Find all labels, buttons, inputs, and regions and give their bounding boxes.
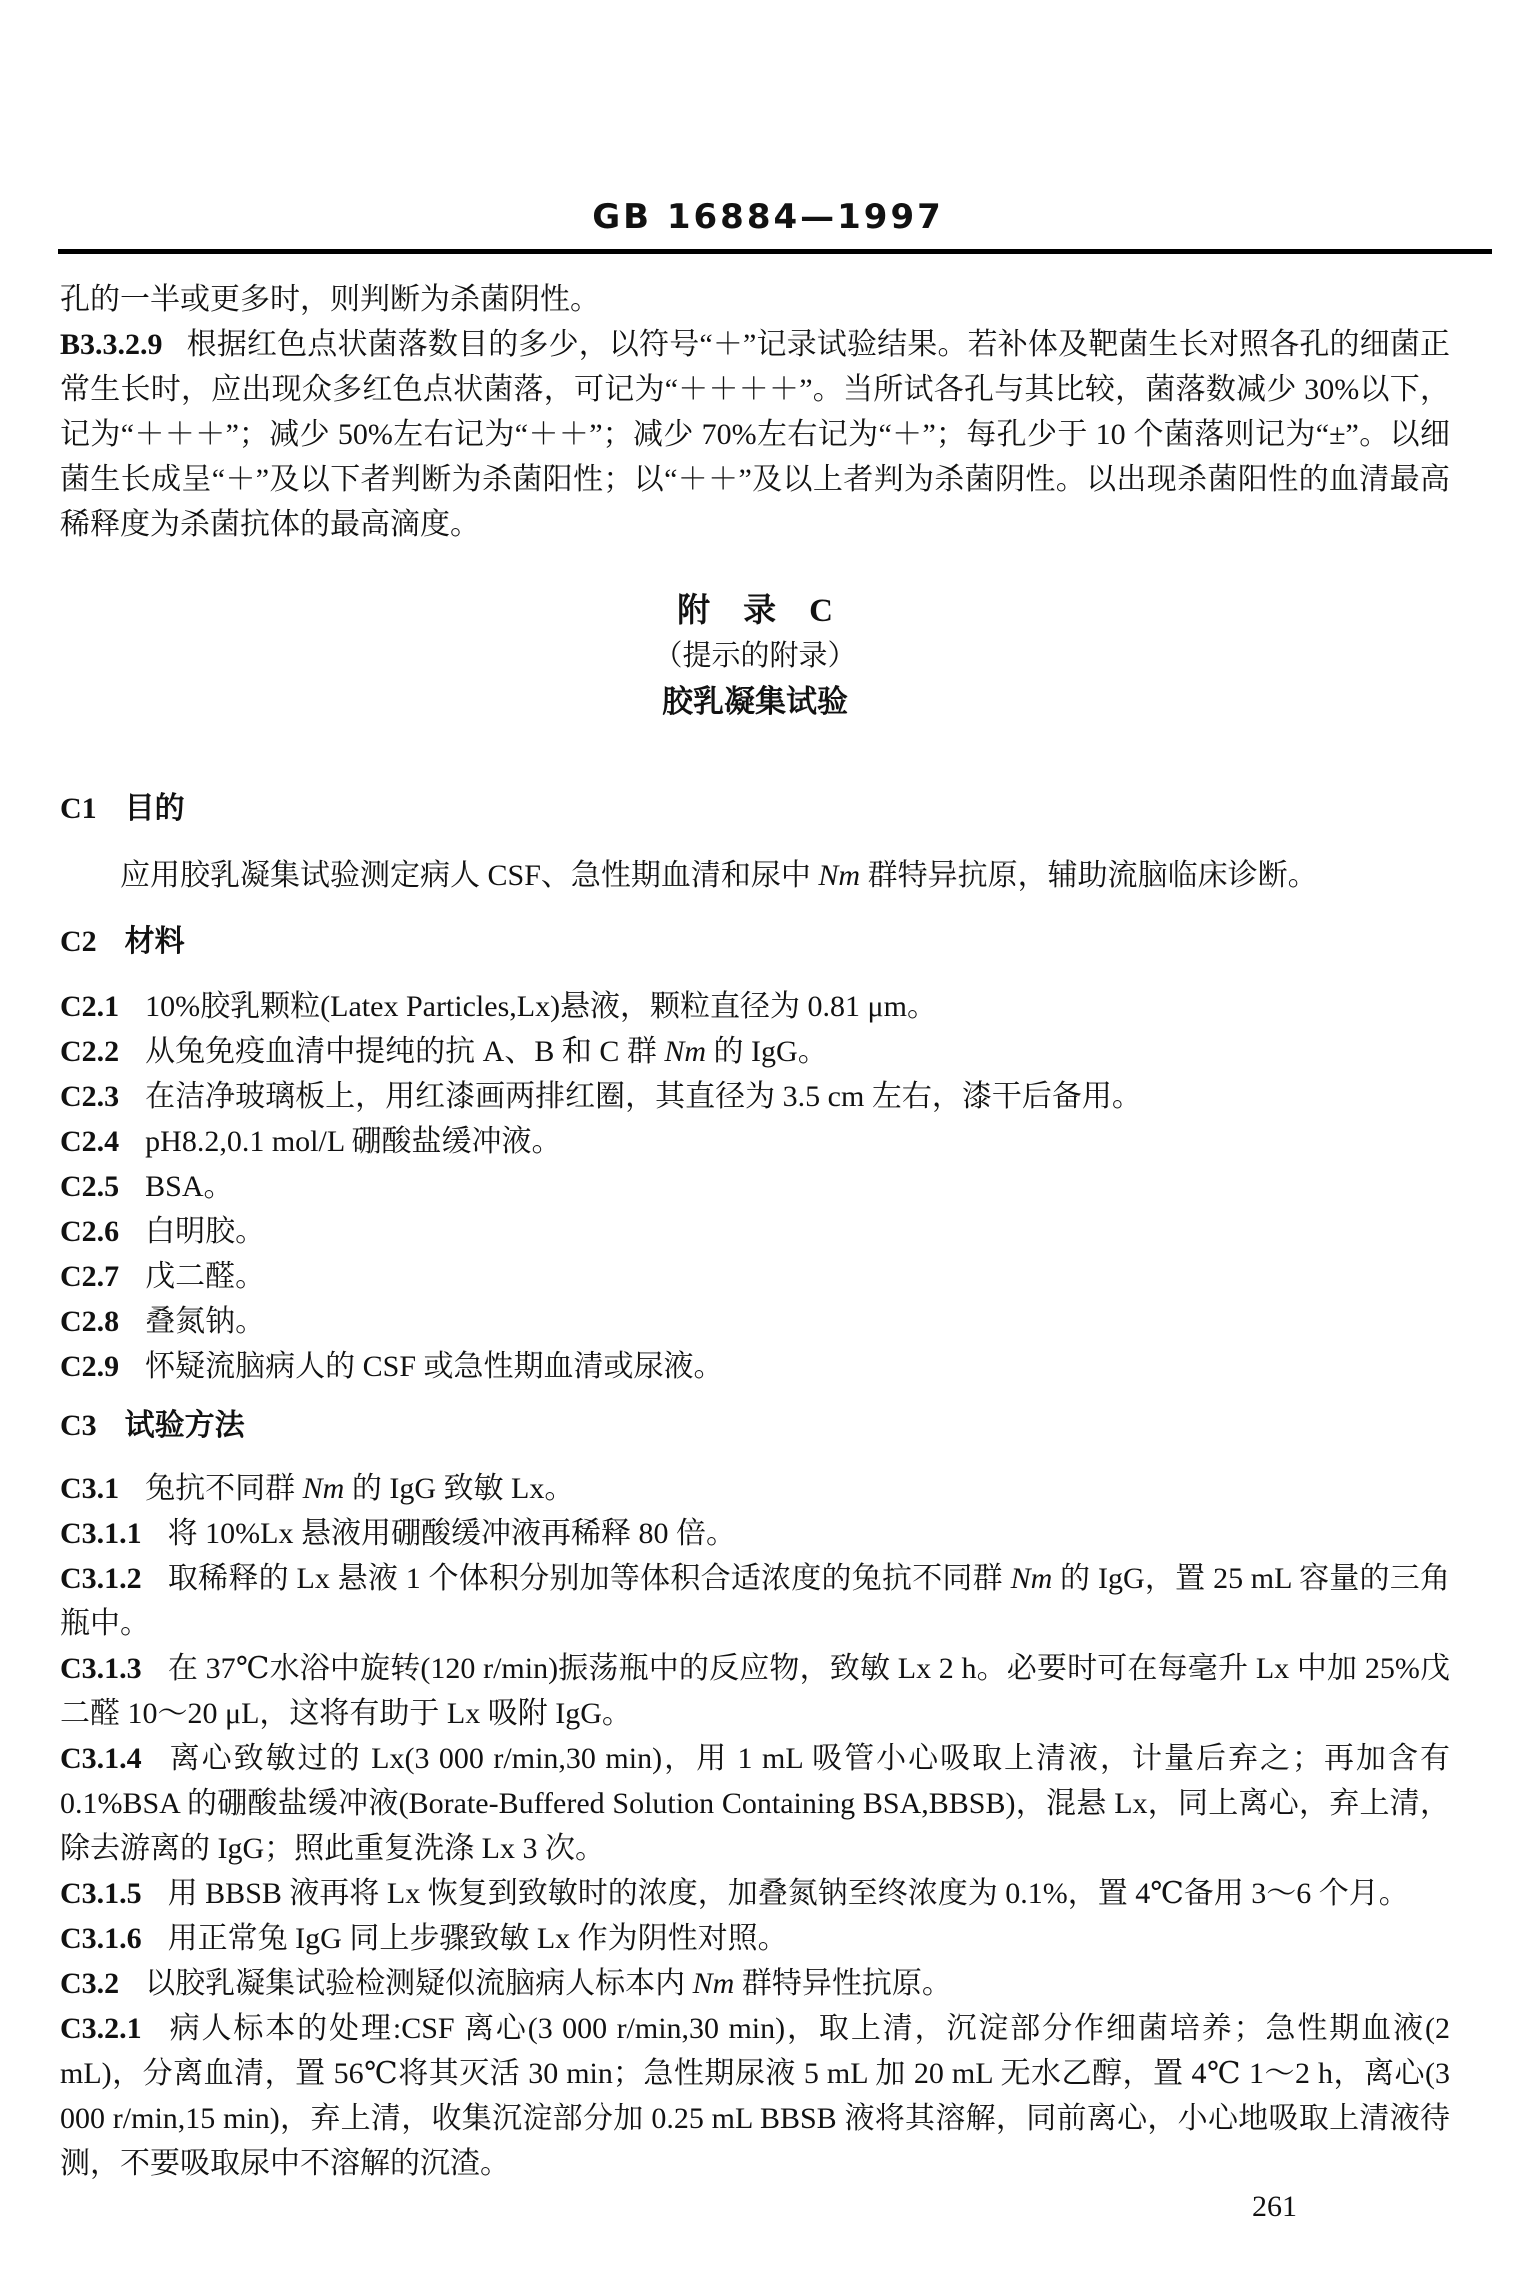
item-text: 叠氮钠。 [145, 1305, 265, 1338]
header-rule [58, 249, 1492, 254]
c2-item-list: C2.110%胶乳颗粒(Latex Particles,Lx)悬液，颗粒直径为 … [60, 984, 1450, 1389]
clause-label: B3.3.2.9 [60, 328, 163, 361]
c3-item: C3.1兔抗不同群 Nm 的 IgG 致敏 Lx。 [60, 1466, 1450, 1511]
item-label: C3.1.6 [60, 1922, 142, 1955]
c3-item: C3.2以胶乳凝集试验检测疑似流脑病人标本内 Nm 群特异性抗原。 [60, 1961, 1450, 2006]
item-text: 用正常兔 IgG 同上步骤致敏 Lx 作为阴性对照。 [168, 1922, 788, 1955]
item-text: 病人标本的处理:CSF 离心(3 000 r/min,30 min)，取上清，沉… [60, 2012, 1450, 2180]
item-text: 戊二醛。 [145, 1260, 265, 1293]
item-text: 从兔免疫血清中提纯的抗 A、B 和 C 群 Nm 的 IgG。 [145, 1035, 828, 1068]
item-label: C2.9 [60, 1350, 119, 1383]
clause-text: 根据红色点状菌落数目的多少，以符号“＋”记录试验结果。若补体及靶菌生长对照各孔的… [60, 328, 1450, 541]
item-label: C2.5 [60, 1170, 119, 1203]
section-c2-heading: C2材料 [60, 919, 1450, 964]
c3-item-list: C3.1兔抗不同群 Nm 的 IgG 致敏 Lx。 C3.1.1将 10%Lx … [60, 1466, 1450, 2186]
item-text: 兔抗不同群 Nm 的 IgG 致敏 Lx。 [145, 1472, 574, 1505]
section-title: 试验方法 [125, 1409, 245, 1442]
section-number: C2 [60, 925, 97, 958]
item-text: 白明胶。 [145, 1215, 265, 1248]
item-text: 取稀释的 Lx 悬液 1 个体积分别加等体积合适浓度的兔抗不同群 Nm 的 Ig… [60, 1562, 1450, 1640]
c2-item: C2.9怀疑流脑病人的 CSF 或急性期血清或尿液。 [60, 1344, 1450, 1389]
page-number: 261 [1252, 2190, 1297, 2224]
section-title: 目的 [125, 792, 185, 825]
c2-item: C2.3在洁净玻璃板上，用红漆画两排红圈，其直径为 3.5 cm 左右，漆干后备… [60, 1074, 1450, 1119]
c1-body-paragraph: 应用胶乳凝集试验测定病人 CSF、急性期血清和尿中 Nm 群特异抗原，辅助流脑临… [60, 853, 1450, 898]
paragraph-b3329: B3.3.2.9根据红色点状菌落数目的多少，以符号“＋”记录试验结果。若补体及靶… [60, 322, 1450, 547]
item-label: C2.3 [60, 1080, 119, 1113]
item-label: C2.6 [60, 1215, 119, 1248]
section-title: 材料 [125, 925, 185, 958]
appendix-subtitle: （提示的附录） [60, 634, 1450, 679]
item-label: C2.8 [60, 1305, 119, 1338]
c2-item: C2.6白明胶。 [60, 1209, 1450, 1254]
item-label: C3.1.1 [60, 1517, 142, 1550]
c3-item: C3.1.4离心致敏过的 Lx(3 000 r/min,30 min)，用 1 … [60, 1736, 1450, 1871]
appendix-title: 附 录 C [60, 589, 1450, 634]
item-label: C3.1.4 [60, 1742, 142, 1775]
c3-item: C3.1.1将 10%Lx 悬液用硼酸缓冲液再稀释 80 倍。 [60, 1511, 1450, 1556]
item-label: C3.1 [60, 1472, 119, 1505]
c2-item: C2.5BSA。 [60, 1164, 1450, 1209]
item-text: 以胶乳凝集试验检测疑似流脑病人标本内 Nm 群特异性抗原。 [145, 1967, 952, 2000]
item-text: BSA。 [145, 1170, 233, 1203]
page-content: 孔的一半或更多时，则判断为杀菌阴性。 B3.3.2.9根据红色点状菌落数目的多少… [60, 277, 1450, 2186]
section-number: C1 [60, 792, 97, 825]
c2-item: C2.110%胶乳颗粒(Latex Particles,Lx)悬液，颗粒直径为 … [60, 984, 1450, 1029]
item-label: C3.2 [60, 1967, 119, 2000]
item-label: C3.1.3 [60, 1652, 142, 1685]
item-label: C3.2.1 [60, 2012, 142, 2045]
item-label: C3.1.2 [60, 1562, 142, 1595]
item-label: C3.1.5 [60, 1877, 142, 1910]
item-text: 用 BBSB 液再将 Lx 恢复到致敏时的浓度，加叠氮钠至终浓度为 0.1%，置… [168, 1877, 1409, 1910]
document-page: GB 16884—1997 孔的一半或更多时，则判断为杀菌阴性。 B3.3.2.… [0, 0, 1536, 2285]
c2-item: C2.7戊二醛。 [60, 1254, 1450, 1299]
item-text: 怀疑流脑病人的 CSF 或急性期血清或尿液。 [145, 1350, 723, 1383]
item-text: pH8.2,0.1 mol/L 硼酸盐缓冲液。 [145, 1125, 561, 1158]
appendix-heading-block: 附 录 C （提示的附录） 胶乳凝集试验 [60, 589, 1450, 724]
item-text: 10%胶乳颗粒(Latex Particles,Lx)悬液，颗粒直径为 0.81… [145, 990, 937, 1023]
item-label: C2.2 [60, 1035, 119, 1068]
c2-item: C2.2从兔免疫血清中提纯的抗 A、B 和 C 群 Nm 的 IgG。 [60, 1029, 1450, 1074]
c3-item: C3.1.3在 37℃水浴中旋转(120 r/min)振荡瓶中的反应物，致敏 L… [60, 1646, 1450, 1736]
appendix-name: 胶乳凝集试验 [60, 679, 1450, 724]
item-label: C2.1 [60, 990, 119, 1023]
c3-item: C3.2.1病人标本的处理:CSF 离心(3 000 r/min,30 min)… [60, 2006, 1450, 2186]
item-label: C2.4 [60, 1125, 119, 1158]
item-text: 在 37℃水浴中旋转(120 r/min)振荡瓶中的反应物，致敏 Lx 2 h。… [60, 1652, 1450, 1730]
section-c1-heading: C1目的 [60, 786, 1450, 831]
item-text: 离心致敏过的 Lx(3 000 r/min,30 min)，用 1 mL 吸管小… [60, 1742, 1450, 1865]
standard-number-header: GB 16884—1997 [0, 0, 1536, 237]
c2-item: C2.4pH8.2,0.1 mol/L 硼酸盐缓冲液。 [60, 1119, 1450, 1164]
c3-item: C3.1.2取稀释的 Lx 悬液 1 个体积分别加等体积合适浓度的兔抗不同群 N… [60, 1556, 1450, 1646]
c3-item: C3.1.5用 BBSB 液再将 Lx 恢复到致敏时的浓度，加叠氮钠至终浓度为 … [60, 1871, 1450, 1916]
c3-item: C3.1.6用正常兔 IgG 同上步骤致敏 Lx 作为阴性对照。 [60, 1916, 1450, 1961]
item-label: C2.7 [60, 1260, 119, 1293]
section-c3-heading: C3试验方法 [60, 1403, 1450, 1448]
c2-item: C2.8叠氮钠。 [60, 1299, 1450, 1344]
item-text: 将 10%Lx 悬液用硼酸缓冲液再稀释 80 倍。 [168, 1517, 736, 1550]
section-number: C3 [60, 1409, 97, 1442]
continuation-paragraph: 孔的一半或更多时，则判断为杀菌阴性。 [60, 277, 1450, 322]
item-text: 在洁净玻璃板上，用红漆画两排红圈，其直径为 3.5 cm 左右，漆干后备用。 [145, 1080, 1142, 1113]
